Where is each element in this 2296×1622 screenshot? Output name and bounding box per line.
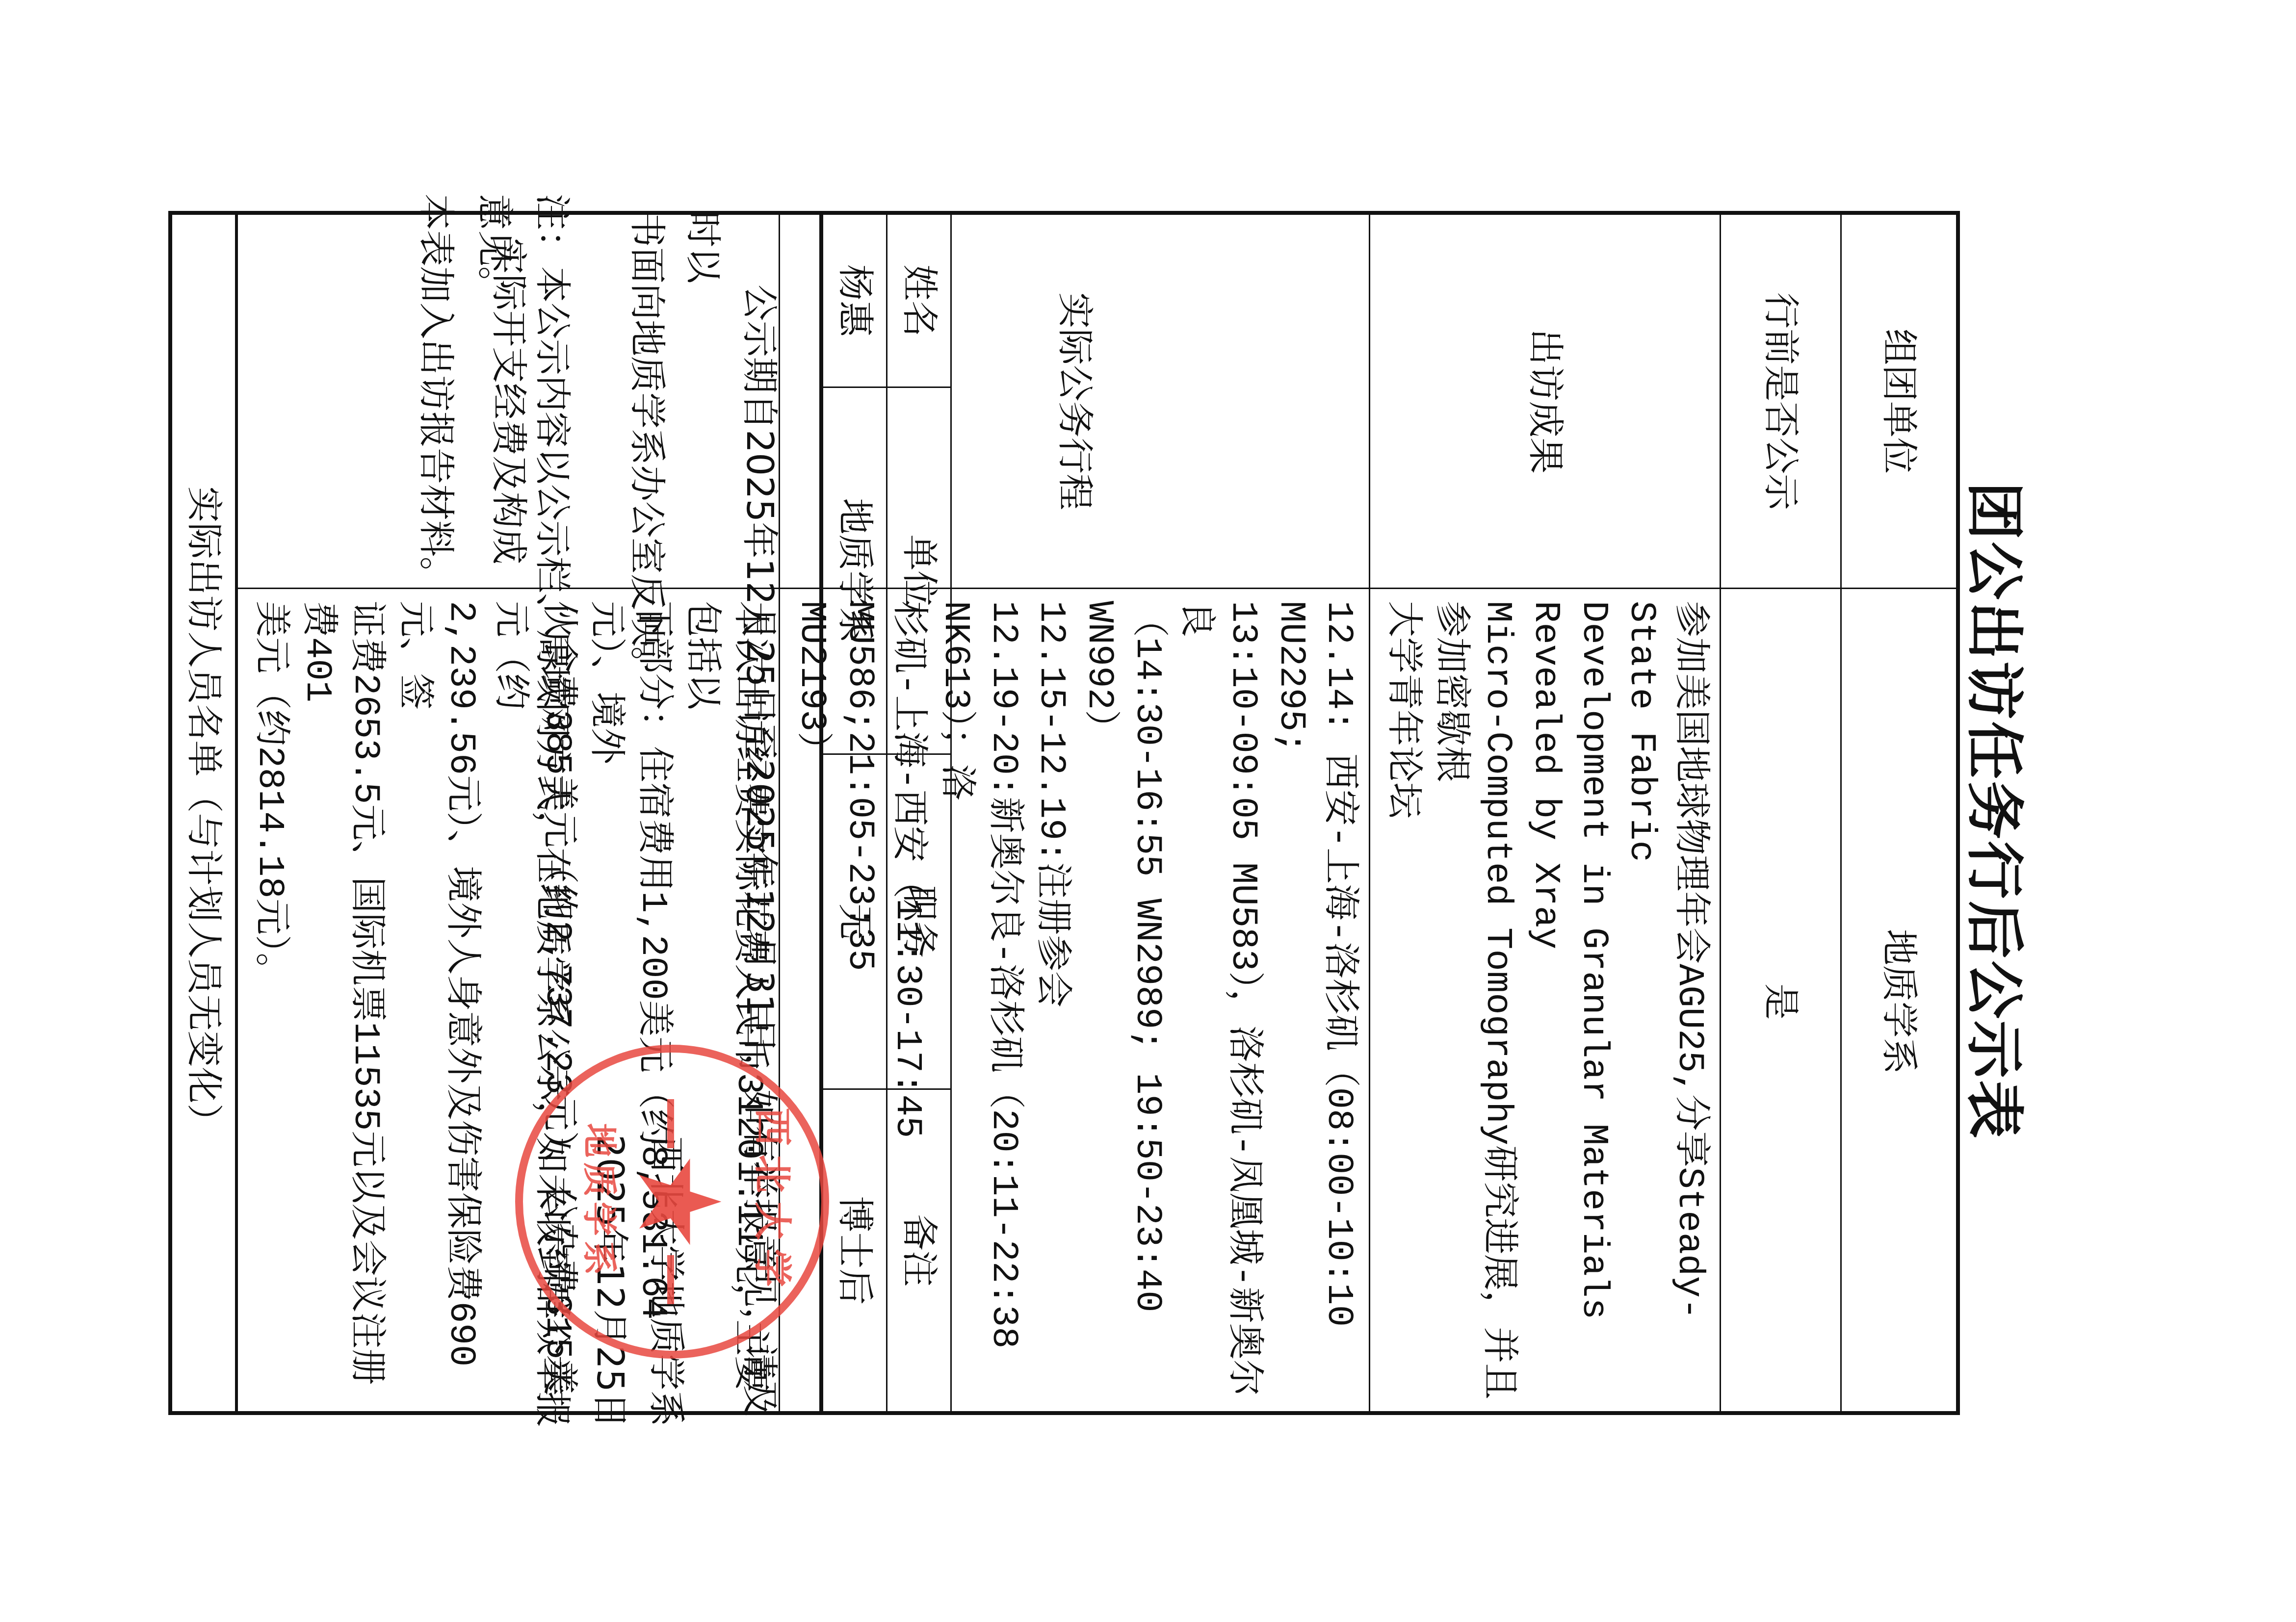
note-line: 本表加入出访报告材料。 — [407, 194, 465, 1440]
table-row: 组团单位 地质学系 — [1841, 213, 1958, 1413]
row-value-organizer: 地质学系 — [1841, 589, 1958, 1414]
personnel-header-row: 姓名 单位 职务 备注 — [887, 213, 951, 1413]
table-row: 实际出访人员名单（与计划人员无变化） — [170, 213, 236, 1413]
person-name: 杨惠 — [821, 213, 887, 387]
document-title: 团公出访任务行后公示表 — [1957, 0, 2041, 1622]
header-position: 职务 — [887, 754, 951, 1089]
personnel-section-title: 实际出访人员名单（与计划人员无变化） — [170, 213, 236, 1413]
expense-line: 证费2653.5元、国际机票11535元以及会议注册费401 — [293, 601, 389, 1402]
outcome-line: Micro-Computed Tomography研究进展，并且参加密歇根 — [1425, 601, 1521, 1402]
itinerary-line: 12.14: 西安-上海-洛杉矶（08:00-10:10 MU2295; — [1266, 601, 1362, 1402]
itinerary-line: 12.15-12.19:注册参会 — [1027, 601, 1075, 1402]
outcome-line: Development in Granular Materials Reveal… — [1521, 601, 1617, 1402]
signature-block: 西北大学地质学系 2025年12月25日 — [582, 1134, 694, 1428]
person-remark: 博士后 — [821, 1089, 887, 1414]
itinerary-line: 13:10-09:05 MU583），洛杉矶-凤凰城-新奥尔良 — [1171, 601, 1266, 1402]
outcome-line: 参加美国地球物理年会AGU25,分享Steady-State Fabric — [1617, 601, 1713, 1402]
row-label-outcome: 出访成果 — [1370, 213, 1721, 589]
footnote: 注：本公示内容以公示栏、局域网方式，在地质学系公示，如未收到群众举报意见。 本表… — [407, 194, 581, 1440]
person-position: 无 — [821, 754, 887, 1089]
row-value-outcome: 参加美国地球物理年会AGU25,分享Steady-State Fabric De… — [1370, 589, 1721, 1414]
header-unit: 单位 — [887, 387, 951, 754]
table-row: 杨惠 地质学系 无 博士后 — [821, 213, 887, 1413]
table-row: 行前是否公示 是 — [1721, 213, 1841, 1413]
signature-org: 西北大学地质学系 — [638, 1134, 694, 1428]
person-unit: 地质学系 — [821, 387, 887, 754]
table-row: 出访成果 参加美国地球物理年会AGU25,分享Steady-State Fabr… — [1370, 213, 1721, 1413]
header-name: 姓名 — [887, 213, 951, 387]
signature-date: 2025年12月25日 — [582, 1134, 638, 1428]
itinerary-line: （14:30-16:55 WN2989; 19:50-23:40 WN992） — [1074, 601, 1170, 1402]
row-label-organizer: 组团单位 — [1841, 213, 1958, 589]
header-remark: 备注 — [887, 1089, 951, 1414]
rotated-document-page: 团公出访任务行后公示表 组团单位 地质学系 行前是否公示 是 出访成果 参加美国… — [0, 0, 2296, 1622]
row-label-pre-publicity: 行前是否公示 — [1721, 213, 1841, 589]
note-line: 注：本公示内容以公示栏、局域网方式，在地质学系公示，如未收到群众举报意见。 — [465, 194, 581, 1440]
row-value-pre-publicity: 是 — [1721, 589, 1841, 1414]
outcome-line: 大学青年论坛 — [1377, 601, 1425, 1402]
expense-line: 美元（约2814.18元）。 — [245, 601, 293, 1402]
personnel-table: 姓名 单位 职务 备注 杨惠 地质学系 无 博士后 — [819, 211, 952, 1415]
